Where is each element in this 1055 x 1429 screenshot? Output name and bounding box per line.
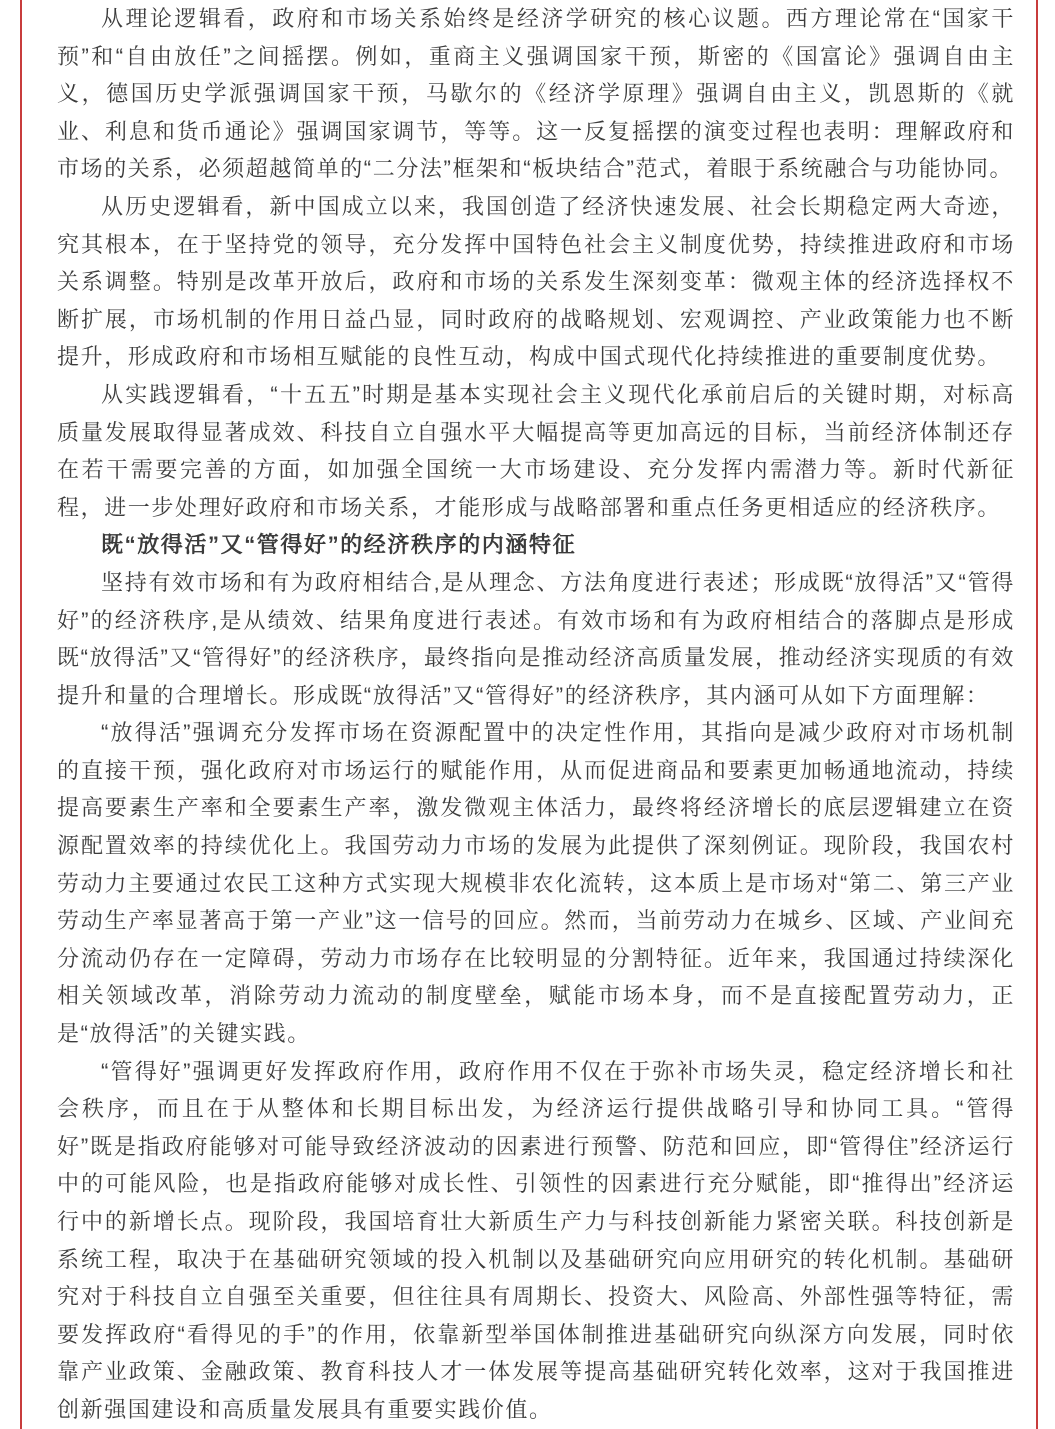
right-border-rule bbox=[1036, 0, 1038, 1429]
paragraph: 坚持有效市场和有为政府相结合,是从理念、方法角度进行表述；形成既“放得活”又“管… bbox=[57, 564, 1015, 714]
article-body: 从理论逻辑看，政府和市场关系始终是经济学研究的核心议题。西方理论常在“国家干预”… bbox=[57, 0, 1015, 1429]
paragraph: 从历史逻辑看，新中国成立以来，我国创造了经济快速发展、社会长期稳定两大奇迹，究其… bbox=[57, 188, 1015, 376]
left-border-rule bbox=[20, 0, 22, 1429]
paragraph: “管得好”强调更好发挥政府作用，政府作用不仅在于弥补市场失灵，稳定经济增长和社会… bbox=[57, 1053, 1015, 1429]
article-screenshot: { "page": { "background": "#ffffff", "ru… bbox=[0, 0, 1055, 1429]
article-page: 从理论逻辑看，政府和市场关系始终是经济学研究的核心议题。西方理论常在“国家干预”… bbox=[0, 0, 1055, 1429]
paragraph: 从实践逻辑看，“十五五”时期是基本实现社会主义现代化承前启后的关键时期，对标高质… bbox=[57, 376, 1015, 526]
paragraph: “放得活”强调充分发挥市场在资源配置中的决定性作用，其指向是减少政府对市场机制的… bbox=[57, 714, 1015, 1052]
paragraph: 从理论逻辑看，政府和市场关系始终是经济学研究的核心议题。西方理论常在“国家干预”… bbox=[57, 0, 1015, 188]
section-heading: 既“放得活”又“管得好”的经济秩序的内涵特征 bbox=[57, 526, 1015, 564]
